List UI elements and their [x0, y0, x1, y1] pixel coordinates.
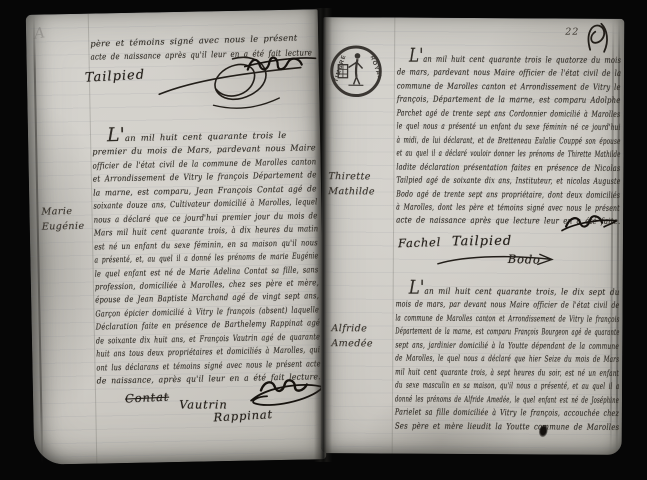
manuscript-line: Thirette	[328, 169, 390, 184]
manuscript-line: mil huit cent quarante trois, à sept heu…	[395, 365, 547, 379]
manuscript-line: Amedée	[331, 336, 393, 351]
manuscript-line: Ses père et mère lieudit la Youtte commu…	[395, 419, 580, 434]
manuscript-line: acte de naissance après que lecture leur…	[396, 214, 583, 229]
signature-flourish-dark-act1	[558, 211, 620, 239]
signature-bodo: Bodo	[508, 252, 541, 267]
scanned-register-spread: A père et témoins signé avec nous le pré…	[0, 0, 647, 480]
signature-contat: Contat	[125, 390, 170, 406]
manuscript-line: de mars, pardevant nous Maire officier d…	[397, 66, 574, 81]
manuscript-line: à midi, de lui déclarant, et de Brettene…	[397, 133, 548, 147]
manuscript-line: commune de Marolles canton et Arrondisse…	[397, 79, 573, 94]
manuscript-line: Marie	[41, 204, 93, 220]
manuscript-line: la commune de Marolles canton et Arrondi…	[395, 311, 543, 325]
signature-flourish-dark-bottom	[245, 375, 330, 415]
birth-act-marie-eugenie: L'an mil huit cent quarante trois leprem…	[92, 125, 321, 388]
manuscript-line: Tailpied agé de soixante dix ans, Instit…	[396, 174, 561, 188]
signature-fachel: Fachel	[398, 235, 442, 250]
manuscript-line: mois de mars, par devant nous Maire offi…	[396, 298, 563, 312]
register-left-page: père et témoins signé avec nous le prése…	[26, 9, 327, 465]
manuscript-line: Bodo agé de trente sept ans propriétaire…	[396, 187, 563, 201]
birth-act-thirette-mathilde: L'an mil huit cent quarante trois le qua…	[396, 50, 621, 229]
register-right-page: 22 TIMBRE ROYAL ThiretteMathilde L'an mi…	[321, 17, 625, 455]
manuscript-line: Mathilde	[328, 184, 390, 199]
manuscript-line: L'an mil huit cent quarante trois, le di…	[396, 282, 592, 300]
manuscript-line: à Marolles, dont les père et témoins sig…	[396, 201, 559, 215]
manuscript-line: Parchet agé de trente sept ans Cordonnie…	[397, 106, 561, 120]
page-edge-line	[33, 15, 44, 465]
manuscript-line: Eugénie	[42, 219, 94, 235]
margin-note-alfride-amedee: AlfrideAmedée	[331, 321, 393, 351]
manuscript-line: donné les prénoms de Alfride Amedée, le …	[395, 392, 537, 406]
signature-tailpied-bottom: Tailpied	[452, 234, 512, 250]
manuscript-line: sept ans, jardinier domicilié à la Youtt…	[395, 338, 552, 352]
manuscript-line: de Marolles, le quel nous a déclaré que …	[395, 352, 547, 366]
manuscript-line: Département de la marne, est comparu Fra…	[395, 325, 534, 339]
birth-act-alfride-amedee: L'an mil huit cent quarante trois, le di…	[395, 282, 620, 434]
manuscript-line: du sexe masculin en sa maison, qu'il nou…	[395, 379, 545, 393]
manuscript-line: Parielet sa fille domiciliée à Vitry le …	[395, 406, 565, 420]
manuscript-line: ladite déclaration présentation faites e…	[396, 160, 570, 175]
signature-flourish-dark-top	[242, 51, 318, 76]
timbre-royal-stamp: TIMBRE ROYAL	[328, 43, 384, 99]
margin-note-thirette-mathilde: ThiretteMathilde	[328, 169, 390, 199]
signature-tailpied-top: Tailpied	[85, 68, 146, 86]
manuscript-line: le quel nous a présenté un enfant du sex…	[397, 120, 554, 134]
page-number: 22	[565, 27, 579, 38]
manuscript-line: et au quel il a déclaré vouloir donner l…	[396, 147, 541, 161]
manuscript-line: françois, Département de la marne, est c…	[397, 93, 581, 108]
archival-pencil-mark: A	[33, 23, 46, 42]
manuscript-line: L'an mil huit cent quarante trois le qua…	[397, 50, 576, 68]
manuscript-line: Alfride	[331, 321, 393, 336]
margin-note-marie-eugenie: MarieEugénie	[41, 204, 94, 235]
